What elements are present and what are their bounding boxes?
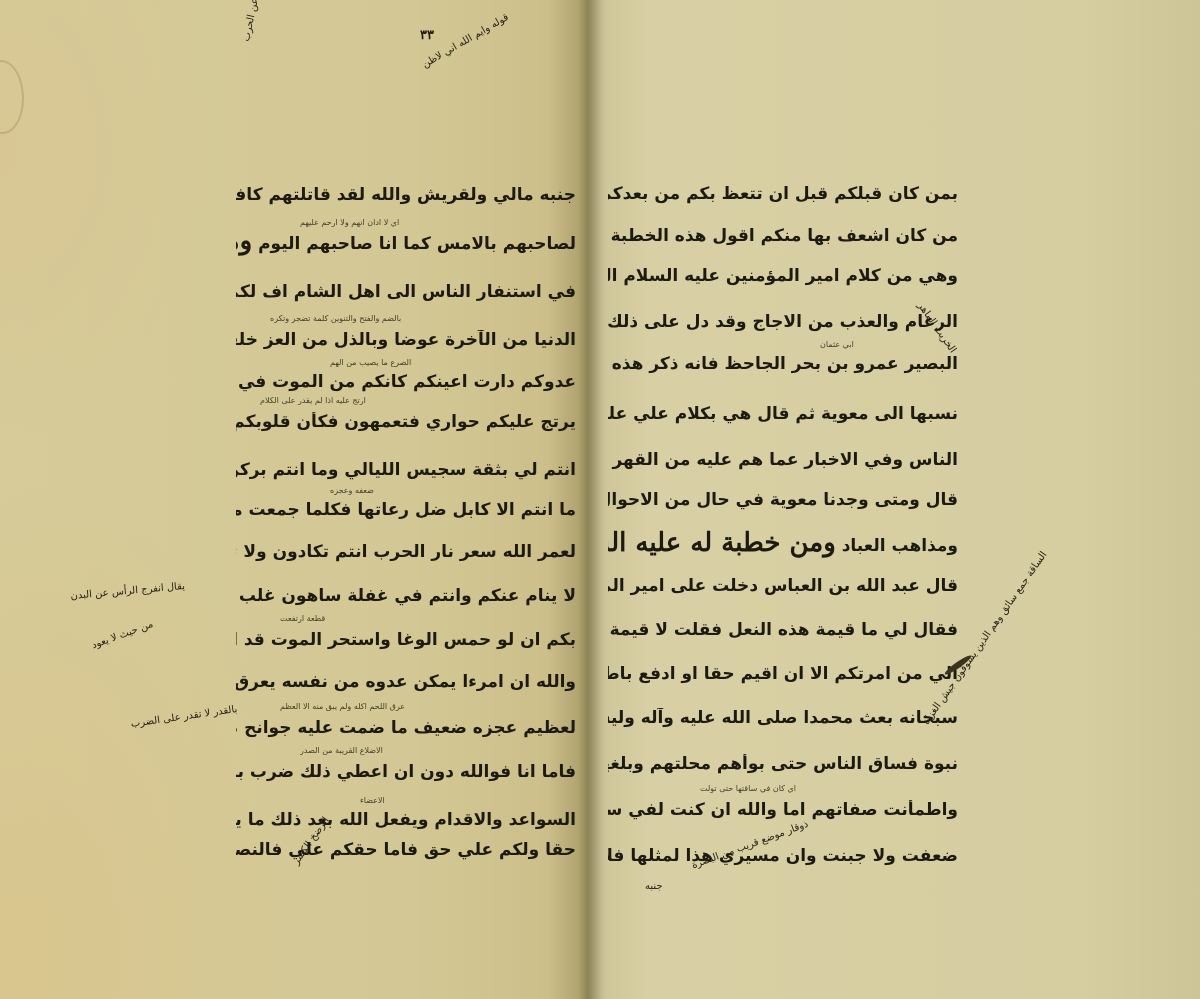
interlinear-gloss: بالضم والفتح والتنوين كلمة تضجر وتكره xyxy=(270,314,401,323)
interlinear-gloss: اي لا ادان انهم ولا ارحم عليهم xyxy=(300,218,399,227)
interlinear-gloss: ضعفه وعجزه xyxy=(330,486,374,495)
interlinear-gloss: الاضلاع القريبة من الصدر xyxy=(300,746,383,755)
text-line: لعمر الله سعر نار الحرب انتم تكادون ولا … xyxy=(236,542,576,562)
text-line: فقال لي ما قيمة هذه النعل فقلت لا قيمة ل… xyxy=(608,620,958,640)
text-line: الرغام والعذب من الاجاج وقد دل على ذلك ا… xyxy=(608,312,958,332)
manuscript-spread: ٣٣ جنبه مالي ولقريش والله لقد قاتلتهم كا… xyxy=(0,0,1200,999)
interlinear-gloss: ارتج عليه اذا لم يقدر على الكلام xyxy=(260,396,366,405)
interlinear-gloss: الاعضاء xyxy=(360,796,385,805)
text-line: بمن كان قبلكم قبل ان تتعظ بكم من بعدكم و… xyxy=(608,184,958,204)
text-line: الناس وفي الاخبار عما هم عليه من القهر و… xyxy=(608,450,958,470)
interlinear-gloss: عرق اللحم اكله ولم يبق منه الا العظم xyxy=(280,702,405,711)
margin-note: بالقدر لا تقدر على الضرب xyxy=(130,703,238,731)
text-line: قال عبد الله بن العباس دخلت على امير الم… xyxy=(608,576,958,596)
section-heading: ومن خطبة له عليه السلام xyxy=(608,528,836,558)
text-line: وهي من كلام امير المؤمنين عليه السلام ال… xyxy=(608,266,958,286)
text-line: الدنيا من الآخرة عوضا وبالذل من العز خلف… xyxy=(236,330,576,350)
text-line: نبوة فساق الناس حتى بوأهم محلتهم وبلغهم … xyxy=(608,754,958,774)
text-line: الي من امرتكم الا ان اقيم حقا او ادفع با… xyxy=(608,664,958,684)
text-line: والله ان امرءا يمكن عدوه من نفسه يعرق لح… xyxy=(236,672,576,692)
text-line: قال ومتى وجدنا معوية في حال من الاحوال ي… xyxy=(608,490,958,510)
text-line: البصير عمرو بن بحر الجاحظ فانه ذكر هذه ا… xyxy=(608,354,958,374)
line-text: لصاحبهم بالامس كما انا صاحبهم اليوم xyxy=(252,234,576,254)
text-line: بكم ان لو حمس الوغا واستحر الموت قد انفر… xyxy=(236,630,576,650)
interlinear-gloss: الصرع ما يصيب من الهم xyxy=(330,358,411,367)
text-line: فاما انا فوالله دون ان اعطي ذلك ضرب بالم… xyxy=(236,762,576,782)
text-line: ضعفت ولا جبنت وان مسيري هذا لمثلها فلانق… xyxy=(608,846,958,866)
left-page: ٣٣ جنبه مالي ولقريش والله لقد قاتلتهم كا… xyxy=(0,0,588,999)
text-line: سبحانه بعث محمدا صلى الله عليه وآله وليس… xyxy=(608,708,958,728)
text-line: نسبها الى معوية ثم قال هي بكلام علي عليه… xyxy=(608,404,958,424)
margin-note: من حيث لا يعود xyxy=(90,618,155,652)
interlinear-gloss: اي كان في ساقتها حتى تولت xyxy=(700,784,796,793)
text-line: حقا ولكم علي حق فاما حقكم علي فالنصيحة ل… xyxy=(236,840,576,860)
margin-note: يقال انفرج الرأس عن البدن xyxy=(70,580,186,603)
text-line: لعظيم عجزه ضعيف ما ضمت عليه جوانح صدره ا… xyxy=(236,718,576,738)
section-heading: ومن خطبة له عليه السلام xyxy=(236,226,252,256)
text-line: انتم لي بثقة سجيس الليالي وما انتم بركن … xyxy=(236,460,576,480)
interlinear-gloss: ابي عثمان xyxy=(820,340,854,349)
text-line: جنبه مالي ولقريش والله لقد قاتلتهم كافري… xyxy=(236,185,576,205)
paper-stain xyxy=(0,60,24,134)
line-text: ومذاهب العباد xyxy=(836,536,958,556)
left-main-text: جنبه مالي ولقريش والله لقد قاتلتهم كافري… xyxy=(236,0,576,999)
right-page: بمن كان قبلكم قبل ان تتعظ بكم من بعدكم و… xyxy=(588,0,1200,999)
text-line: واطمأنت صفاتهم اما والله ان كنت لفي ساقت… xyxy=(608,800,958,820)
right-main-text: بمن كان قبلكم قبل ان تتعظ بكم من بعدكم و… xyxy=(608,0,958,999)
book-gutter xyxy=(578,0,602,999)
text-line: لا ينام عنكم وانتم في غفلة ساهون غلب وال… xyxy=(236,586,576,606)
text-line: لصاحبهم بالامس كما انا صاحبهم اليوم ومن … xyxy=(236,226,576,256)
text-line: السواعد والاقدام ويفعل الله بعد ذلك ما ي… xyxy=(236,810,576,830)
interlinear-gloss: قطعة ارتفعت xyxy=(280,614,325,623)
text-line: في استنفار الناس الى اهل الشام اف لكم لق… xyxy=(236,282,576,302)
text-line: عدوكم دارت اعينكم كانكم من الموت في غمرة… xyxy=(236,372,576,392)
text-line: من كان اشعف بها منكم اقول هذه الخطبة ربم… xyxy=(608,226,958,246)
text-line: يرتج عليكم حواري فتعمهون فكأن قلوبكم مال… xyxy=(236,412,576,432)
text-line: ما انتم الا كابل ضل رعاتها فكلما جمعت من… xyxy=(236,500,576,520)
text-line: ومذاهب العباد ومن خطبة له عليه السلام عن… xyxy=(608,528,958,558)
margin-note: جنبه xyxy=(645,880,663,893)
